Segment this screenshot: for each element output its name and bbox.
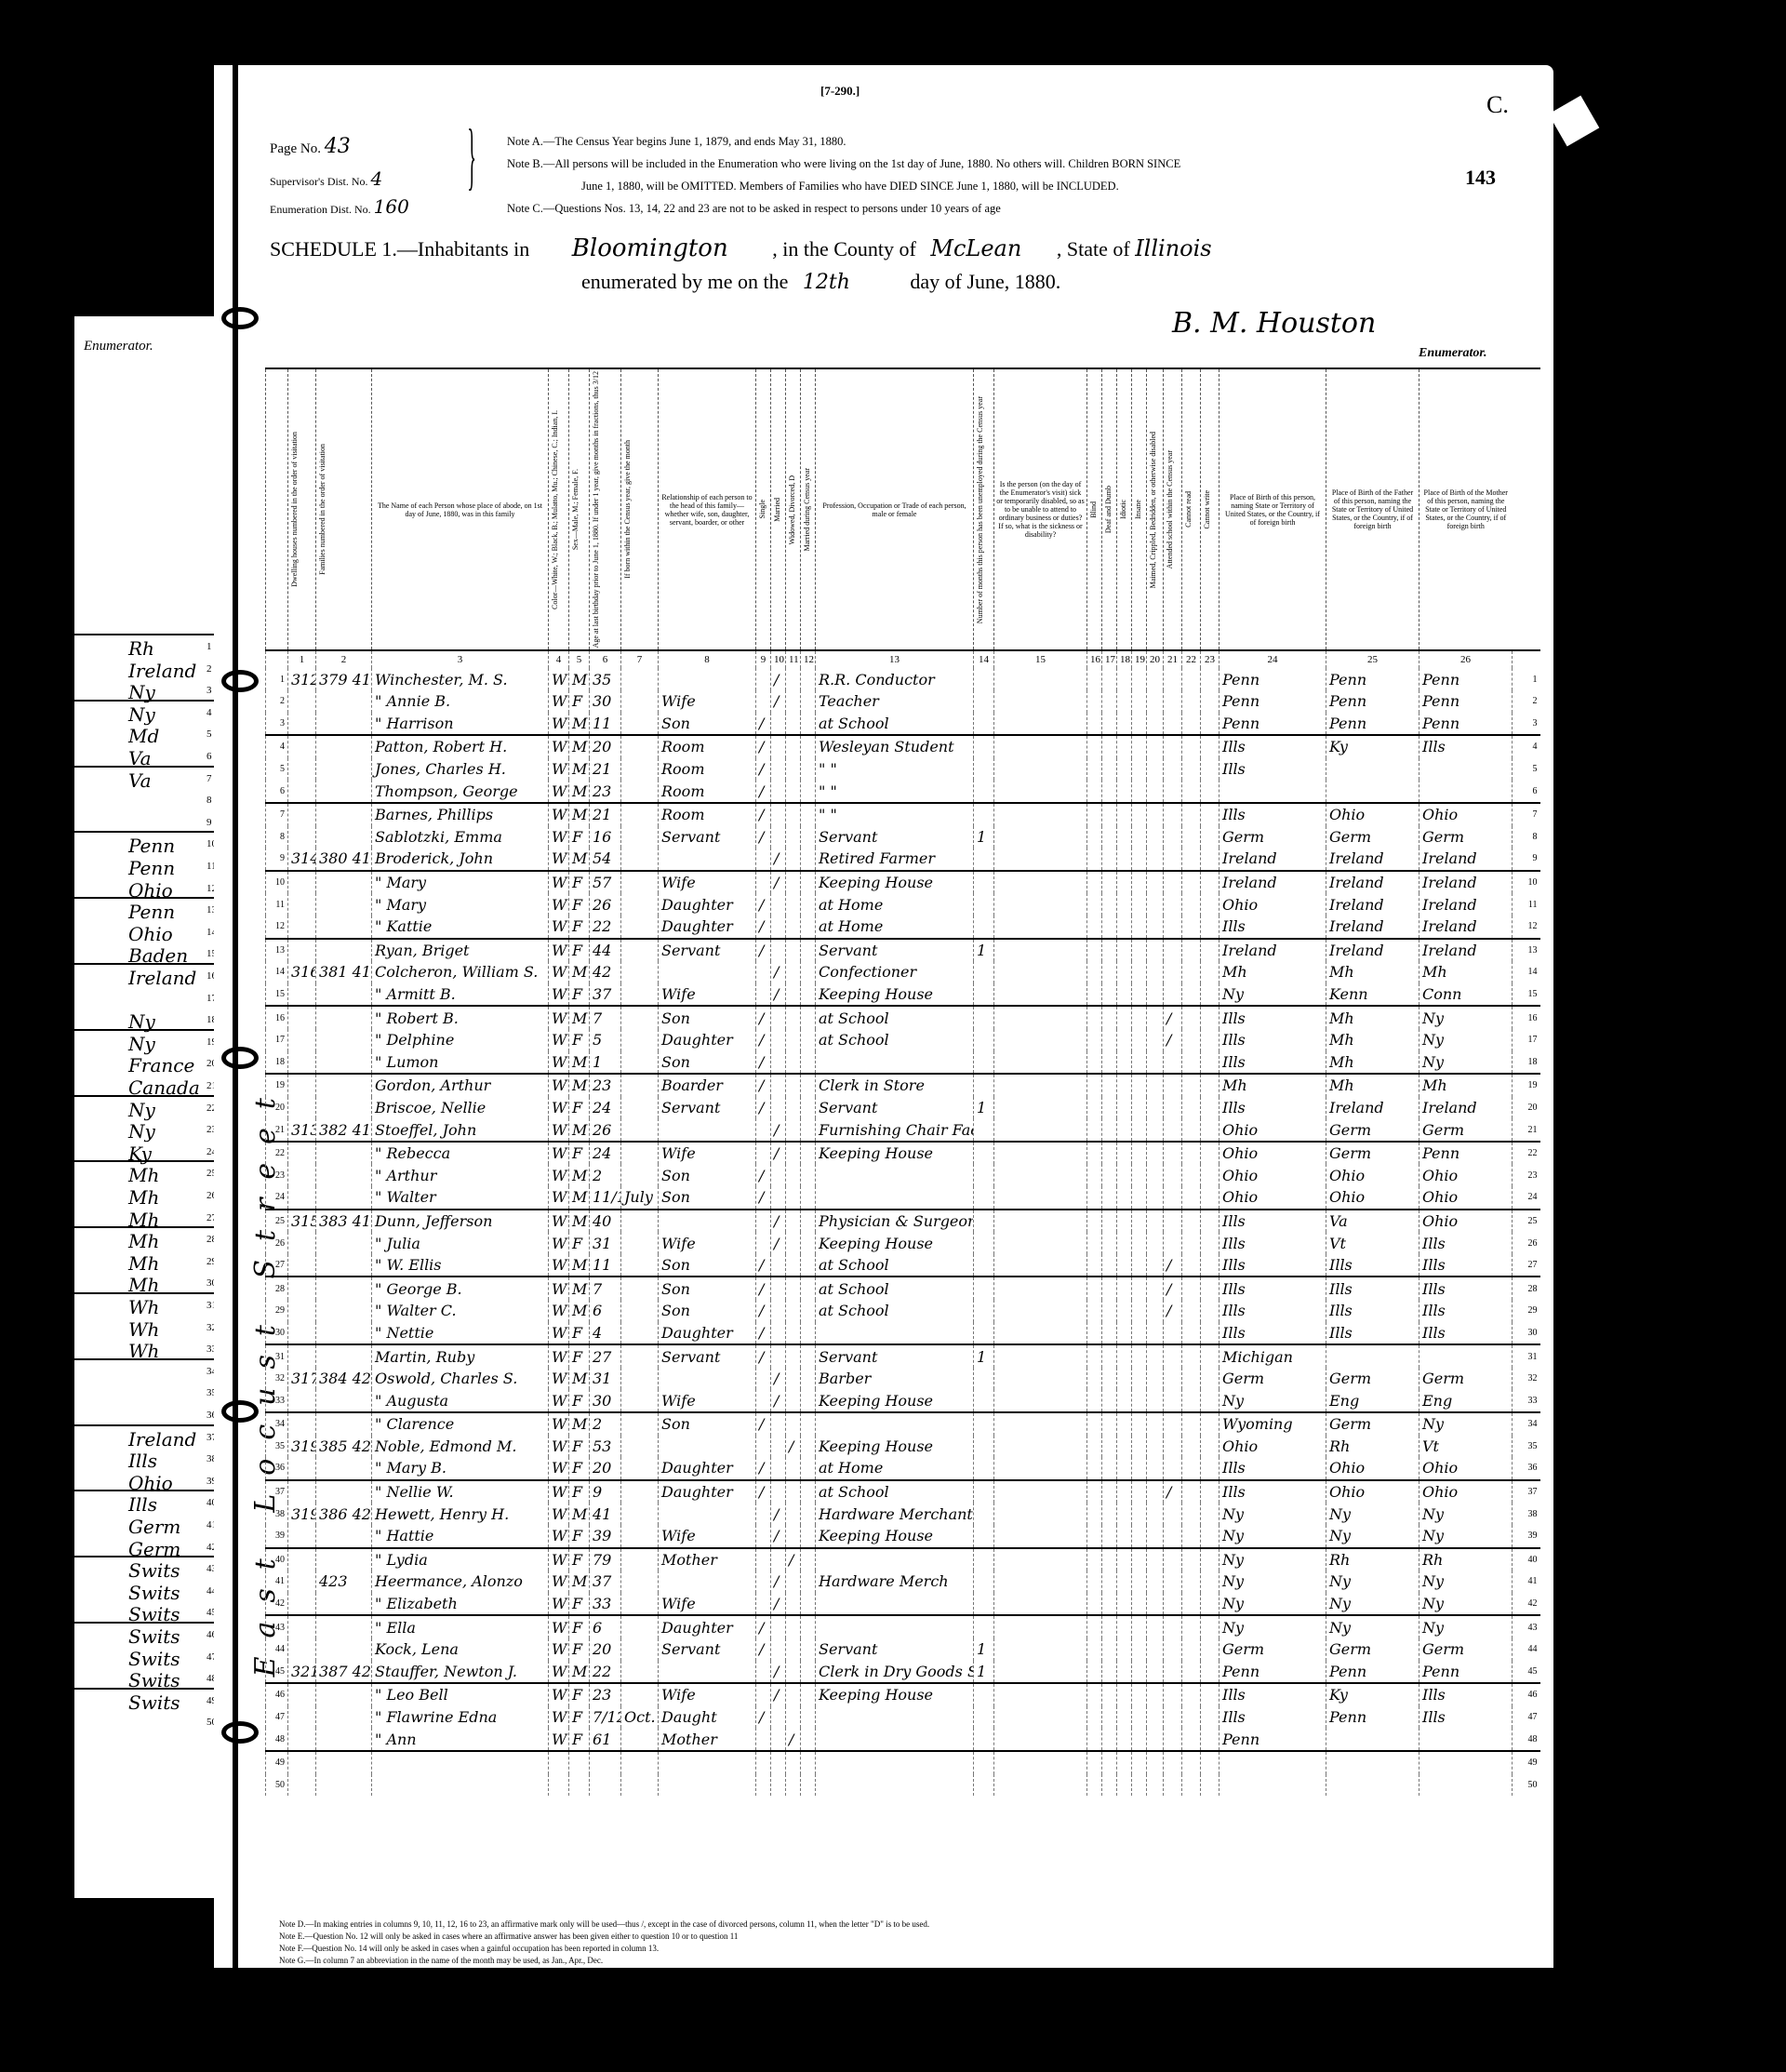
idiotic-mark (1117, 1457, 1132, 1480)
insane-mark (1132, 1322, 1147, 1345)
column-number: 17 (1102, 650, 1117, 668)
married-mark: / (771, 668, 786, 690)
blind-mark (1087, 1322, 1102, 1345)
mother-birthplace-cell: Eng (1419, 1389, 1513, 1412)
father-birthplace-cell: Ills (1326, 1300, 1419, 1322)
idiotic-mark (1117, 735, 1132, 758)
row-number: 32 (266, 1368, 288, 1390)
married-census-year-mark (801, 1683, 816, 1706)
cannot-read-mark (1182, 1774, 1201, 1797)
unemployed-cell (974, 1436, 994, 1458)
row-number-right: 22 (1513, 1142, 1540, 1165)
widowed-mark (786, 690, 801, 713)
blind-mark (1087, 1638, 1102, 1661)
table-row: 28" George B.WM7Son/at School/IllsIllsIl… (266, 1277, 1540, 1300)
stamp-number: 143 (1465, 166, 1496, 190)
table-row: 18" LumonWM1Son/IllsMhNy18 (266, 1051, 1540, 1075)
color-cell: W (549, 758, 569, 781)
strip-row-number: 8 (207, 795, 212, 806)
deaf-mark (1102, 961, 1117, 983)
color-cell: W (549, 871, 569, 894)
color-cell: W (549, 848, 569, 871)
disabled-mark (1147, 1728, 1164, 1751)
table-row: 26" JuliaWF31Wife/Keeping HouseIllsVtIll… (266, 1232, 1540, 1254)
family-number (316, 1457, 372, 1480)
family-number: 381 417 (316, 961, 372, 983)
occupation-cell: Clerk in Store (816, 1074, 974, 1097)
disabled-mark (1147, 1436, 1164, 1458)
blind-mark (1087, 668, 1102, 690)
family-number (316, 713, 372, 736)
family-number: 423 (316, 1571, 372, 1593)
row-number: 45 (266, 1661, 288, 1684)
blind-mark (1087, 1457, 1102, 1480)
blind-mark (1087, 983, 1102, 1007)
insane-mark (1132, 1751, 1147, 1774)
strip-birthplace-cell: Penn (128, 835, 175, 857)
unemployed-cell (974, 1322, 994, 1345)
widowed-mark (786, 1661, 801, 1684)
table-row: 19Gordon, ArthurWM23Boarder/Clerk in Sto… (266, 1074, 1540, 1097)
person-name: Briscoe, Nellie (372, 1097, 549, 1119)
blind-mark (1087, 1412, 1102, 1436)
strip-birthplace-cell: Ireland (128, 967, 196, 989)
sex-cell: M (569, 1571, 590, 1593)
mother-birthplace-cell: Ills (1419, 1300, 1513, 1322)
blind-mark (1087, 826, 1102, 849)
cannot-read-mark (1182, 1525, 1201, 1548)
mother-birthplace-cell: Ills (1419, 1277, 1513, 1300)
single-mark: / (756, 1006, 771, 1029)
strip-birthplace-cell: Penn (128, 857, 175, 879)
deaf-mark (1102, 1186, 1117, 1210)
footnote-g: Note G.—In column 7 an abbreviation in t… (279, 1955, 929, 1967)
color-cell: W (549, 893, 569, 916)
table-row: 43" EllaWF6Daughter/NyNyNy43 (266, 1615, 1540, 1638)
occupation-cell (816, 1774, 974, 1797)
married-census-year-mark (801, 1118, 816, 1142)
binding-ring-icon (221, 1721, 259, 1744)
married-census-year-mark (801, 1525, 816, 1548)
disabled-mark (1147, 1210, 1164, 1233)
row-number: 22 (266, 1142, 288, 1165)
idiotic-mark (1117, 1412, 1132, 1436)
occupation-cell (816, 1186, 974, 1210)
color-cell: W (549, 1368, 569, 1390)
married-mark (771, 1480, 786, 1504)
dwelling-number (288, 1706, 316, 1729)
note-b: Note B.—All persons will be included in … (507, 153, 1180, 175)
row-number-right: 1 (1513, 668, 1540, 690)
family-number (316, 735, 372, 758)
birthplace-cell: Ohio (1220, 1436, 1326, 1458)
row-number-right: 36 (1513, 1457, 1540, 1480)
disabled-mark (1147, 916, 1164, 939)
strip-birthplace-cell: Mh (128, 1186, 159, 1209)
married-census-year-mark (801, 871, 816, 894)
strip-divider (74, 1688, 214, 1690)
header-row: Dwelling houses numbered in the order of… (266, 368, 1540, 650)
sickness-cell (994, 1638, 1087, 1661)
cannot-read-mark (1182, 1683, 1201, 1706)
mother-birthplace-cell: Ohio (1419, 1164, 1513, 1186)
insane-mark (1132, 1051, 1147, 1075)
deaf-mark (1102, 1683, 1117, 1706)
father-birthplace-cell: Penn (1326, 713, 1419, 736)
footnote-e: Note E.—Question No. 12 will only be ask… (279, 1931, 929, 1943)
row-number-right: 31 (1513, 1344, 1540, 1368)
cannot-write-mark (1201, 1683, 1220, 1706)
sex-cell: M (569, 780, 590, 803)
married-census-year-mark (801, 1029, 816, 1051)
married-census-year-mark (801, 1728, 816, 1751)
birthplace-cell: Penn (1220, 1661, 1326, 1684)
birthplace-cell: Mh (1220, 1074, 1326, 1097)
birthplace-cell: Ills (1220, 1006, 1326, 1029)
occupation-cell: Barber (816, 1368, 974, 1390)
sex-cell: M (569, 1164, 590, 1186)
form-code: [7-290.] (820, 84, 860, 99)
strip-divider (74, 1160, 214, 1162)
age-cell: 21 (590, 803, 621, 826)
birthplace-cell: Ny (1220, 1615, 1326, 1638)
married-mark: / (771, 1571, 786, 1593)
disabled-mark (1147, 871, 1164, 894)
relationship-cell (659, 1368, 756, 1390)
father-birthplace-cell (1326, 1344, 1419, 1368)
occupation-cell: Teacher (816, 690, 974, 713)
school-mark (1164, 826, 1182, 849)
row-number: 2 (266, 690, 288, 713)
color-cell: W (549, 668, 569, 690)
dwelling-number (288, 1480, 316, 1504)
family-number (316, 780, 372, 803)
relationship-cell: Wife (659, 1232, 756, 1254)
column-number: 23 (1201, 650, 1220, 668)
person-name: Barnes, Phillips (372, 803, 549, 826)
birthplace-cell: Germ (1220, 1638, 1326, 1661)
idiotic-mark (1117, 1142, 1132, 1165)
single-mark (756, 1683, 771, 1706)
color-cell: W (549, 1412, 569, 1436)
schedule-line: SCHEDULE 1.—Inhabitants in Bloomington ,… (270, 234, 1212, 262)
occupation-cell: at School (816, 1277, 974, 1300)
cannot-write-mark (1201, 1751, 1220, 1774)
married-mark (771, 713, 786, 736)
birth-month-cell (621, 871, 659, 894)
birthplace-cell: Penn (1220, 668, 1326, 690)
footnote-f: Note F.—Question No. 14 will only be ask… (279, 1943, 929, 1955)
person-name: Noble, Edmond M. (372, 1436, 549, 1458)
insane-mark (1132, 735, 1147, 758)
row-number-right: 17 (1513, 1029, 1540, 1051)
birthplace-cell: Ny (1220, 1571, 1326, 1593)
insane-mark (1132, 1097, 1147, 1119)
occupation-cell: Servant (816, 939, 974, 962)
age-cell: 54 (590, 848, 621, 871)
married-census-year-mark (801, 939, 816, 962)
color-cell: W (549, 1051, 569, 1075)
idiotic-mark (1117, 1186, 1132, 1210)
disabled-mark (1147, 1774, 1164, 1797)
widowed-mark (786, 1118, 801, 1142)
cannot-read-mark (1182, 1344, 1201, 1368)
unemployed-cell (974, 1457, 994, 1480)
header-sickness: Is the person (on the day of the Enumera… (994, 368, 1087, 650)
blind-mark (1087, 1661, 1102, 1684)
age-cell: 61 (590, 1728, 621, 1751)
disabled-mark (1147, 1006, 1164, 1029)
cannot-read-mark (1182, 1615, 1201, 1638)
occupation-cell (816, 1164, 974, 1186)
widowed-mark (786, 713, 801, 736)
married-mark (771, 1457, 786, 1480)
school-mark (1164, 780, 1182, 803)
relationship-cell: Son (659, 1300, 756, 1322)
birth-month-cell (621, 1436, 659, 1458)
insane-mark (1132, 1029, 1147, 1051)
idiotic-mark (1117, 1480, 1132, 1504)
birthplace-cell: Ny (1220, 1503, 1326, 1525)
mother-birthplace-cell: Ny (1419, 1615, 1513, 1638)
cannot-write-mark (1201, 1051, 1220, 1075)
dwelling-number: 319 (288, 1503, 316, 1525)
birthplace-cell: Ills (1220, 1322, 1326, 1345)
disabled-mark (1147, 961, 1164, 983)
blind-mark (1087, 1774, 1102, 1797)
age-cell: 23 (590, 1074, 621, 1097)
unemployed-cell (974, 1142, 994, 1165)
color-cell: W (549, 1142, 569, 1165)
blind-mark (1087, 848, 1102, 871)
deaf-mark (1102, 1029, 1117, 1051)
table-row: 14316381 417Colcheron, William S.WM42/Co… (266, 961, 1540, 983)
color-cell: W (549, 1254, 569, 1277)
married-mark (771, 1344, 786, 1368)
header-married-census-year: Married during Census year (801, 368, 816, 650)
mother-birthplace-cell: Ills (1419, 1254, 1513, 1277)
cannot-read-mark (1182, 1548, 1201, 1571)
school-mark: / (1164, 1300, 1182, 1322)
header-disabled: Maimed, Crippled, Bedridden, or otherwis… (1147, 368, 1164, 650)
corner-letter: C. (1486, 91, 1509, 119)
mother-birthplace-cell: Ohio (1419, 1480, 1513, 1504)
cannot-read-mark (1182, 1728, 1201, 1751)
occupation-cell: Clerk in Dry Goods S. (816, 1661, 974, 1684)
person-name: Winchester, M. S. (372, 668, 549, 690)
insane-mark (1132, 1638, 1147, 1661)
person-name: Heermance, Alonzo (372, 1571, 549, 1593)
person-name: " Arthur (372, 1164, 549, 1186)
cannot-read-mark (1182, 1051, 1201, 1075)
school-mark: / (1164, 1277, 1182, 1300)
row-number-right: 43 (1513, 1615, 1540, 1638)
cannot-write-mark (1201, 1074, 1220, 1097)
married-mark (771, 758, 786, 781)
disabled-mark (1147, 1164, 1164, 1186)
birthplace-cell: Ills (1220, 1254, 1326, 1277)
disabled-mark (1147, 780, 1164, 803)
birthplace-cell: Michigan (1220, 1344, 1326, 1368)
birth-month-cell (621, 1097, 659, 1119)
blind-mark (1087, 1300, 1102, 1322)
occupation-cell: Confectioner (816, 961, 974, 983)
occupation-cell (816, 1051, 974, 1075)
unemployed-cell (974, 1232, 994, 1254)
color-cell: W (549, 1436, 569, 1458)
row-number-right: 49 (1513, 1751, 1540, 1774)
color-cell: W (549, 1683, 569, 1706)
row-number-right: 12 (1513, 916, 1540, 939)
previous-page-strip: Enumerator. Rh1Ireland2Ny3Ny4Md5Va6Va789… (74, 316, 214, 1898)
single-mark: / (756, 713, 771, 736)
deaf-mark (1102, 983, 1117, 1007)
blind-mark (1087, 1503, 1102, 1525)
widowed-mark (786, 668, 801, 690)
insane-mark (1132, 1368, 1147, 1390)
column-number: 15 (994, 650, 1087, 668)
insane-mark (1132, 939, 1147, 962)
sickness-cell (994, 1277, 1087, 1300)
sex-cell: M (569, 1412, 590, 1436)
married-census-year-mark (801, 1277, 816, 1300)
father-birthplace-cell: Ky (1326, 735, 1419, 758)
relationship-cell (659, 668, 756, 690)
single-mark: / (756, 1186, 771, 1210)
cannot-read-mark (1182, 1638, 1201, 1661)
married-census-year-mark (801, 1457, 816, 1480)
strip-birthplace-cell: France (128, 1054, 194, 1076)
widowed-mark (786, 1683, 801, 1706)
column-number: 10 (771, 650, 786, 668)
sickness-cell (994, 848, 1087, 871)
age-cell: 33 (590, 1593, 621, 1616)
blind-mark (1087, 1480, 1102, 1504)
table-row: 48" AnnWF61Mother/Penn48 (266, 1728, 1540, 1751)
school-mark (1164, 961, 1182, 983)
sickness-cell (994, 1751, 1087, 1774)
married-census-year-mark (801, 961, 816, 983)
column-number: 3 (372, 650, 549, 668)
widowed-mark (786, 1210, 801, 1233)
idiotic-mark (1117, 1389, 1132, 1412)
relationship-cell: Servant (659, 1097, 756, 1119)
family-number (316, 1006, 372, 1029)
cannot-write-mark (1201, 1277, 1220, 1300)
disabled-mark (1147, 713, 1164, 736)
school-mark (1164, 1389, 1182, 1412)
deaf-mark (1102, 1210, 1117, 1233)
sex-cell: M (569, 1661, 590, 1684)
mother-birthplace-cell: Vt (1419, 1436, 1513, 1458)
relationship-cell: Wife (659, 871, 756, 894)
cannot-read-mark (1182, 803, 1201, 826)
row-number: 15 (266, 983, 288, 1007)
deaf-mark (1102, 1300, 1117, 1322)
cannot-read-mark (1182, 1368, 1201, 1390)
idiotic-mark (1117, 983, 1132, 1007)
single-mark: / (756, 1638, 771, 1661)
married-census-year-mark (801, 668, 816, 690)
insane-mark (1132, 1728, 1147, 1751)
dwelling-number (288, 893, 316, 916)
row-number: 4 (266, 735, 288, 758)
sex-cell: M (569, 1254, 590, 1277)
page-no: Page No. 43 (270, 135, 351, 158)
married-mark (771, 1728, 786, 1751)
birth-month-cell (621, 803, 659, 826)
column-number: 2 (316, 650, 372, 668)
deaf-mark (1102, 1412, 1117, 1436)
header-deaf: Deaf and Dumb (1102, 368, 1117, 650)
father-birthplace-cell (1326, 780, 1419, 803)
blind-mark (1087, 713, 1102, 736)
father-birthplace-cell: Ills (1326, 1277, 1419, 1300)
relationship-cell: Son (659, 1186, 756, 1210)
blind-mark (1087, 1029, 1102, 1051)
age-cell: 35 (590, 668, 621, 690)
school-mark (1164, 1186, 1182, 1210)
cannot-read-mark (1182, 1006, 1201, 1029)
single-mark (756, 983, 771, 1007)
sex-cell: M (569, 1300, 590, 1322)
blind-mark (1087, 1254, 1102, 1277)
row-number: 30 (266, 1322, 288, 1345)
birth-month-cell (621, 1571, 659, 1593)
person-name: Stauffer, Newton J. (372, 1661, 549, 1684)
person-name: " Elizabeth (372, 1593, 549, 1616)
color-cell: W (549, 1661, 569, 1684)
person-name: " Robert B. (372, 1006, 549, 1029)
header-idiotic: Idiotic (1117, 368, 1132, 650)
row-number-right: 30 (1513, 1322, 1540, 1345)
idiotic-mark (1117, 939, 1132, 962)
dwelling-number (288, 1615, 316, 1638)
table-row: 38319386 422Hewett, Henry H.WM41/Hardwar… (266, 1503, 1540, 1525)
strip-row-number: 1 (207, 641, 212, 652)
married-census-year-mark (801, 1548, 816, 1571)
color-cell: W (549, 713, 569, 736)
disabled-mark (1147, 1074, 1164, 1097)
dwelling-number (288, 735, 316, 758)
blind-mark (1087, 1548, 1102, 1571)
person-name: " Nettie (372, 1322, 549, 1345)
sickness-cell (994, 1661, 1087, 1684)
strip-birthplace-cell: Ills (128, 1450, 157, 1472)
single-mark: / (756, 1457, 771, 1480)
dwelling-number (288, 1029, 316, 1051)
unemployed-cell (974, 983, 994, 1007)
relationship-cell: Son (659, 1412, 756, 1436)
father-birthplace-cell (1326, 1751, 1419, 1774)
family-number: 382 418 (316, 1118, 372, 1142)
row-number-right: 10 (1513, 871, 1540, 894)
person-name: " W. Ellis (372, 1254, 549, 1277)
relationship-cell: Daughter (659, 893, 756, 916)
family-number: 386 422 (316, 1503, 372, 1525)
enumerator-label: Enumerator. (1419, 346, 1487, 361)
relationship-cell: Servant (659, 826, 756, 849)
cannot-write-mark (1201, 1457, 1220, 1480)
column-number: 1 (288, 650, 316, 668)
widowed-mark (786, 1232, 801, 1254)
row-number-right: 26 (1513, 1232, 1540, 1254)
school-mark (1164, 1322, 1182, 1345)
relationship-cell: Daught (659, 1706, 756, 1729)
sex-cell: F (569, 1436, 590, 1458)
person-name: " Hattie (372, 1525, 549, 1548)
disabled-mark (1147, 803, 1164, 826)
